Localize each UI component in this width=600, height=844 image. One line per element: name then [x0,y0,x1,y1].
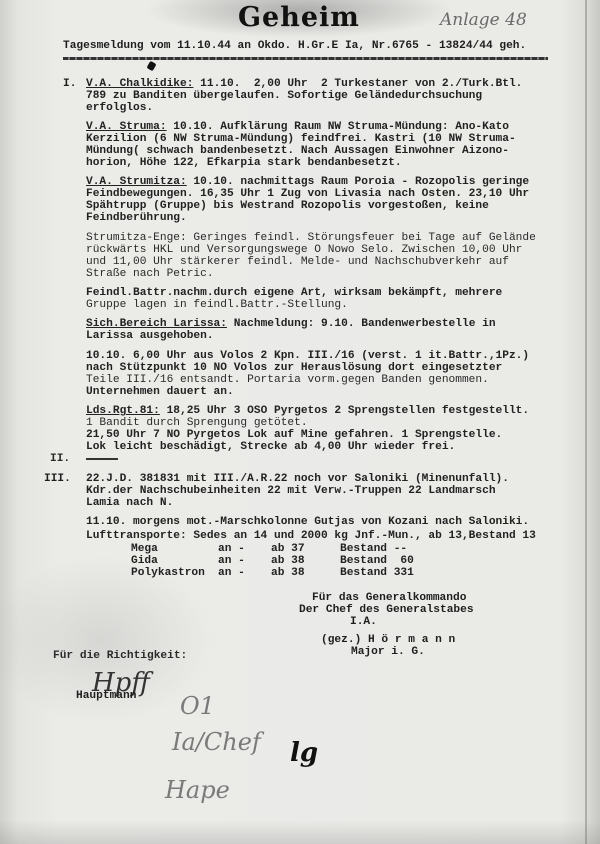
unit-label: V.A. Struma: [86,121,167,133]
text-line: horion, Höhe 122, Efkarpia stark bendanb… [86,157,402,169]
text-line: Feindberührung. [86,212,187,224]
text-line: 10.10. 6,00 Uhr aus Volos 2 Kpn. III./16… [86,350,529,362]
signature-rank: Major i. G. [351,646,425,658]
text-line: 789 zu Banditen übergelaufen. Sofortige … [86,90,482,102]
handwritten-note: Hape [165,776,230,804]
section-ii-numeral: II. [50,453,70,465]
signature-line-1: Für das Generalkommando [312,592,466,604]
page-edge [585,0,587,844]
handwritten-note: O1 [180,692,215,720]
text-line: und 11,00 Uhr stärkerer feindl. Melde- u… [86,256,509,268]
text-line: Gruppe lagen in feindl.Battr.-Stellung. [86,299,348,311]
section-iii-numeral: III. [44,473,71,485]
text-line: Lamia nach N. [86,497,173,509]
text-line: Feindbewegungen. 16,35 Uhr 1 Zug von Liv… [86,188,529,200]
unit-label: V.A. Strumitza: [86,176,187,188]
text-line: Strumitza-Enge: Geringes feindl. Störung… [86,232,536,244]
paragraph-struma: V.A. Struma: 10.10. Aufklärung Raum NW S… [86,121,509,133]
text-line: Kdr.der Nachschubeinheiten 22 mit Verw.-… [86,485,496,497]
text-line: Lufttransporte: Sedes an 14 und 2000 kg … [86,530,536,542]
report-heading: Tagesmeldung vom 11.10.44 an Okdo. H.Gr.… [63,40,526,52]
handwritten-note: Ia/Chef [172,728,261,756]
paragraph-strumitza: V.A. Strumitza: 10.10. nachmittags Raum … [86,176,529,188]
text-line: Kerzilion (6 NW Struma-Mündung) feindfre… [86,133,516,145]
text-line: Spähtrupp (Gruppe) bis Westrand Rozopoli… [86,200,489,212]
signature-name: (gez.) H ö r m a n n [321,634,455,646]
handwritten-annotation: Anlage 48 [440,10,527,30]
signature-line-2: Der Chef des Generalstabes [299,604,474,616]
unit-label: Sich.Bereich Larissa: [86,318,227,330]
text-line: 22.J.D. 381831 mit III./A.R.22 noch vor … [86,473,509,485]
text-line: 11.10. morgens mot.-Marschkolonne Gutjas… [86,516,529,528]
text-line: Lok leicht beschädigt, Strecke ab 4,00 U… [86,441,455,453]
section-ii-dash [86,458,118,460]
certification-label: Für die Richtigkeit: [53,650,187,662]
paragraph-chalkidike: V.A. Chalkidike: 11.10. 2,00 Uhr 2 Turke… [86,78,522,90]
text-line: Unternehmen dauert an. [86,386,234,398]
text-line: 1 Bandit durch Sprengung getötet. [86,417,308,429]
text-line: Feindl.Battr.nachm.durch eigene Art, wir… [86,287,502,299]
page-shadow [0,820,600,844]
unit-label: Lds.Rgt.81: [86,405,160,417]
classification-stamp: Geheim [238,2,360,33]
paragraph-lds-rgt-81: Lds.Rgt.81: 18,25 Uhr 3 OSO Pyrgetos 2 S… [86,405,529,417]
text-line: Teile III./16 entsandt. Portaria vorm.ge… [86,374,489,386]
paragraph-larissa: Sich.Bereich Larissa: Nachmeldung: 9.10.… [86,318,496,330]
certification-rank: Hauptmann [76,690,136,702]
text-line: Mündung( schwach bandenbesetzt. Nach Aus… [86,145,509,157]
signature-line-3: I.A. [350,616,377,628]
text-line: nach Stützpunkt 10 NO Volos zur Herauslö… [86,362,502,374]
section-i-numeral: I. [63,78,76,90]
text-line: 21,50 Uhr 7 NO Pyrgetos Lok auf Mine gef… [86,429,502,441]
text-line: erfolglos. [86,102,153,114]
text-line: Larissa ausgehoben. [86,330,214,342]
unit-label: V.A. Chalkidike: [86,78,193,90]
handwritten-note: lg [290,738,318,768]
heading-underline [63,57,548,60]
text-line: Straße nach Petric. [86,268,214,280]
text-line: rückwärts HKL und Versorgungswege O Nowo… [86,244,522,256]
